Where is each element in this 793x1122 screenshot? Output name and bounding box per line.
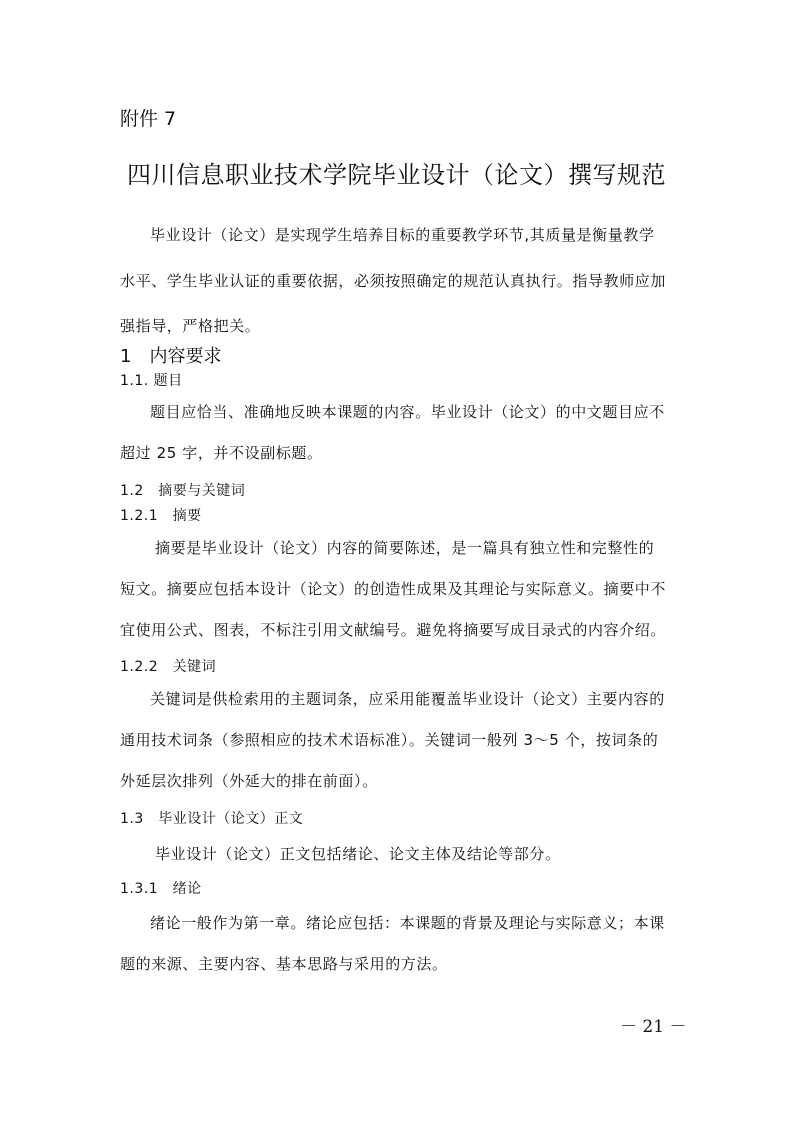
intro-line: 水平、学生毕业认证的重要依据，必须按照确定的规范认真执行。指导教师应加 xyxy=(120,270,666,291)
body-line: 通用技术词条（参照相应的技术术语标准）。关键词一般列 3～5 个，按词条的 xyxy=(120,729,658,750)
page-number: － 21 － xyxy=(620,1012,686,1037)
attachment-label: 附件 7 xyxy=(120,104,176,131)
body-line: 宜使用公式、图表，不标注引用文献编号。避免将摘要写成目录式的内容介绍。 xyxy=(120,619,666,640)
body-line: 关键词是供检索用的主题词条，应采用能覆盖毕业设计（论文）主要内容的 xyxy=(150,688,665,709)
section-heading-1-3: 1.3 毕业设计（论文）正文 xyxy=(120,808,303,828)
body-line: 题的来源、主要内容、基本思路与采用的方法。 xyxy=(120,953,448,974)
intro-line: 毕业设计（论文）是实现学生培养目标的重要教学环节,其质量是衡量教学 xyxy=(150,224,655,245)
section-heading-1-2-1: 1.2.1 摘要 xyxy=(120,505,202,525)
body-line: 题目应恰当、准确地反映本课题的内容。毕业设计（论文）的中文题目应不 xyxy=(150,401,665,422)
body-line: 短文。摘要应包括本设计（论文）的创造性成果及其理论与实际意义。摘要中不 xyxy=(120,578,666,599)
document-title: 四川信息职业技术学院毕业设计（论文）撰写规范 xyxy=(0,155,793,190)
section-heading-1-3-1: 1.3.1 绪论 xyxy=(120,878,202,898)
section-heading-1-2-2: 1.2.2 关键词 xyxy=(120,656,216,676)
body-line: 绪论一般作为第一章。绪论应包括：本课题的背景及理论与实际意义；本课 xyxy=(150,912,665,933)
body-line: 超过 25 字，并不设副标题。 xyxy=(120,442,323,463)
intro-line: 强指导，严格把关。 xyxy=(120,315,260,336)
section-heading-1-2: 1.2 摘要与关键词 xyxy=(120,480,245,500)
section-heading-1: 1 内容要求 xyxy=(120,342,221,368)
body-line: 摘要是毕业设计（论文）内容的简要陈述，是一篇具有独立性和完整性的 xyxy=(155,537,654,558)
body-line: 毕业设计（论文）正文包括绪论、论文主体及结论等部分。 xyxy=(155,843,561,864)
body-line: 外延层次排列（外延大的排在前面）。 xyxy=(120,770,378,791)
section-heading-1-1: 1.1. 题目 xyxy=(120,370,183,390)
